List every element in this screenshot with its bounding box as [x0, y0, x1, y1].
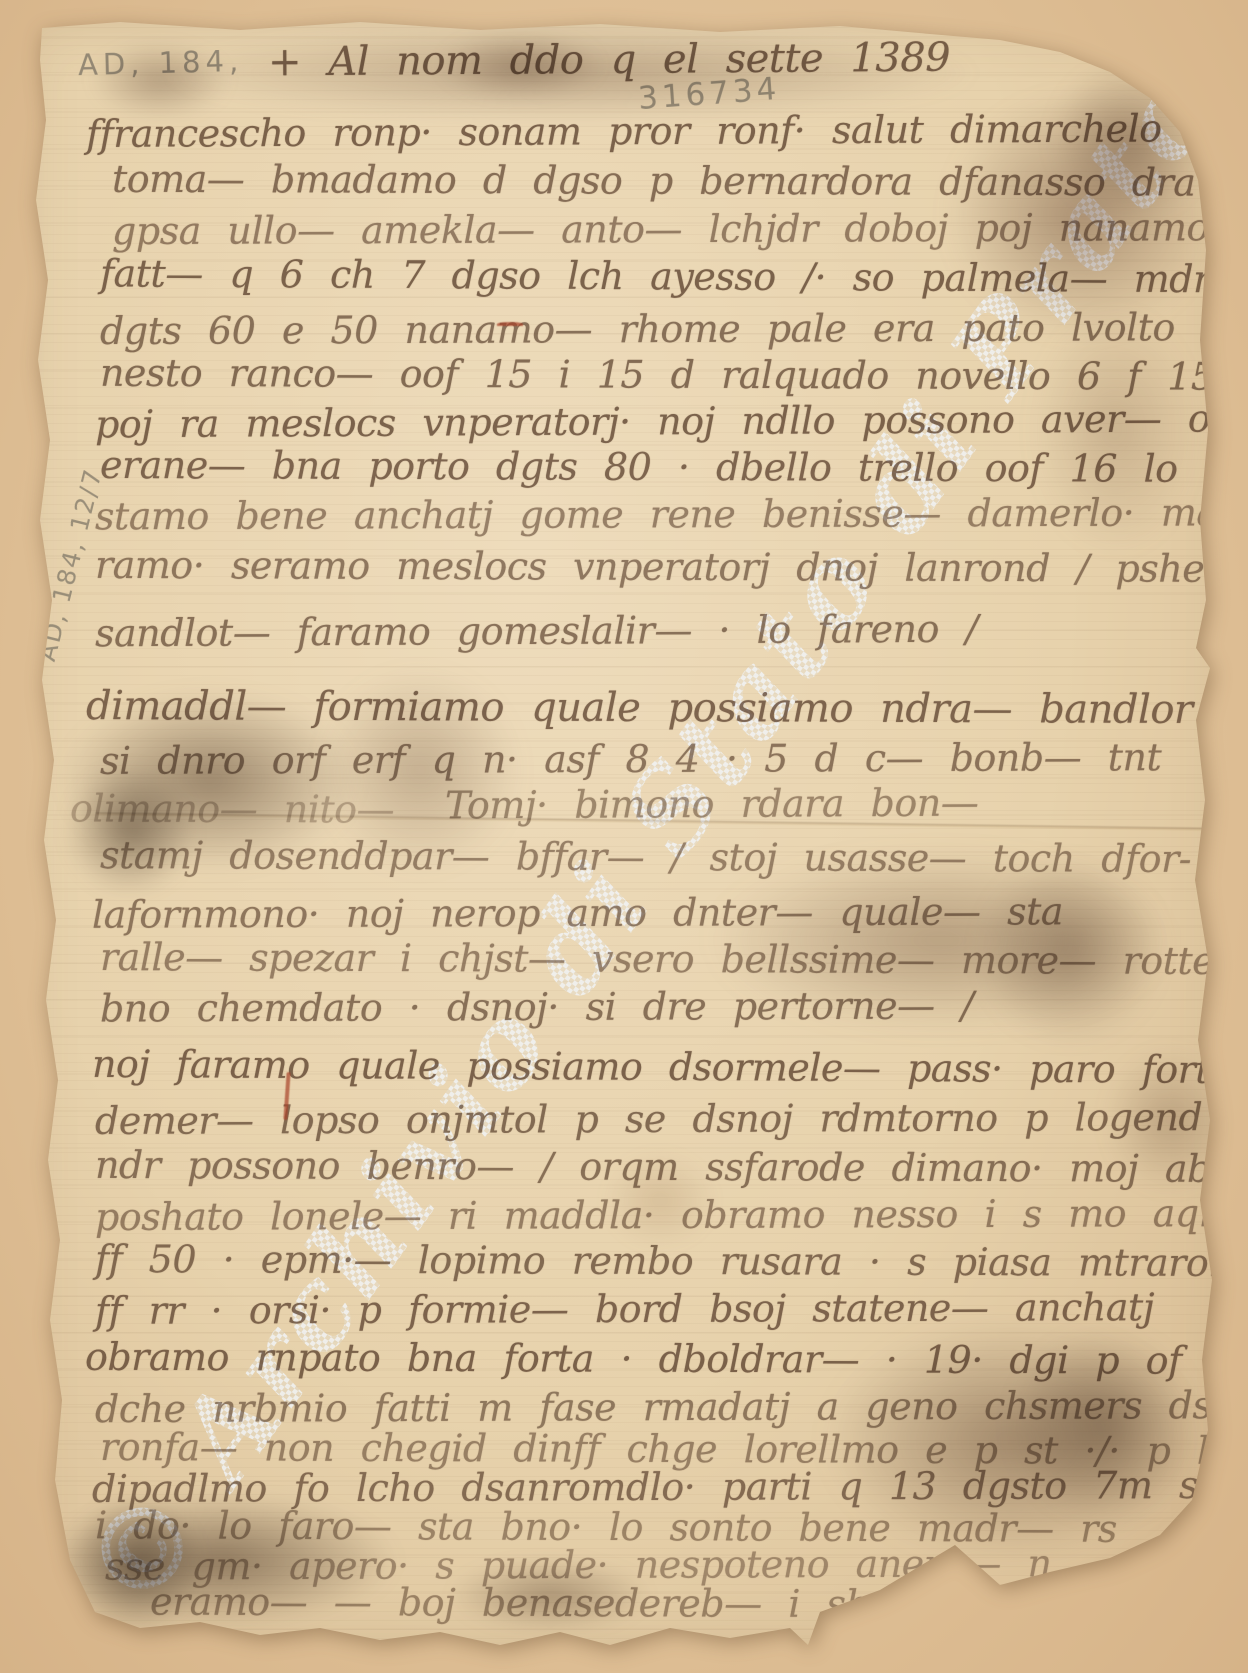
stain-blob [400, 15, 640, 115]
stain-blob [1020, 30, 1240, 250]
manuscript-paper: © Archivio di Stato di Prato + Al nom dd… [30, 18, 1220, 1670]
stain-blob [970, 1290, 1240, 1560]
stain-blob [40, 740, 220, 920]
stain-layer [0, 0, 1248, 1673]
stain-blob [410, 1545, 690, 1645]
stain-blob [580, 1130, 740, 1270]
scanned-manuscript-page: © Archivio di Stato di Prato + Al nom dd… [0, 0, 1248, 1673]
stain-blob [40, 1470, 230, 1660]
stain-blob [60, 25, 260, 135]
stain-blob [280, 630, 560, 910]
paper-shadow-wrap: © Archivio di Stato di Prato + Al nom dd… [0, 0, 1248, 1673]
stain-blob [1080, 1020, 1248, 1220]
stain-blob [1000, 260, 1230, 600]
